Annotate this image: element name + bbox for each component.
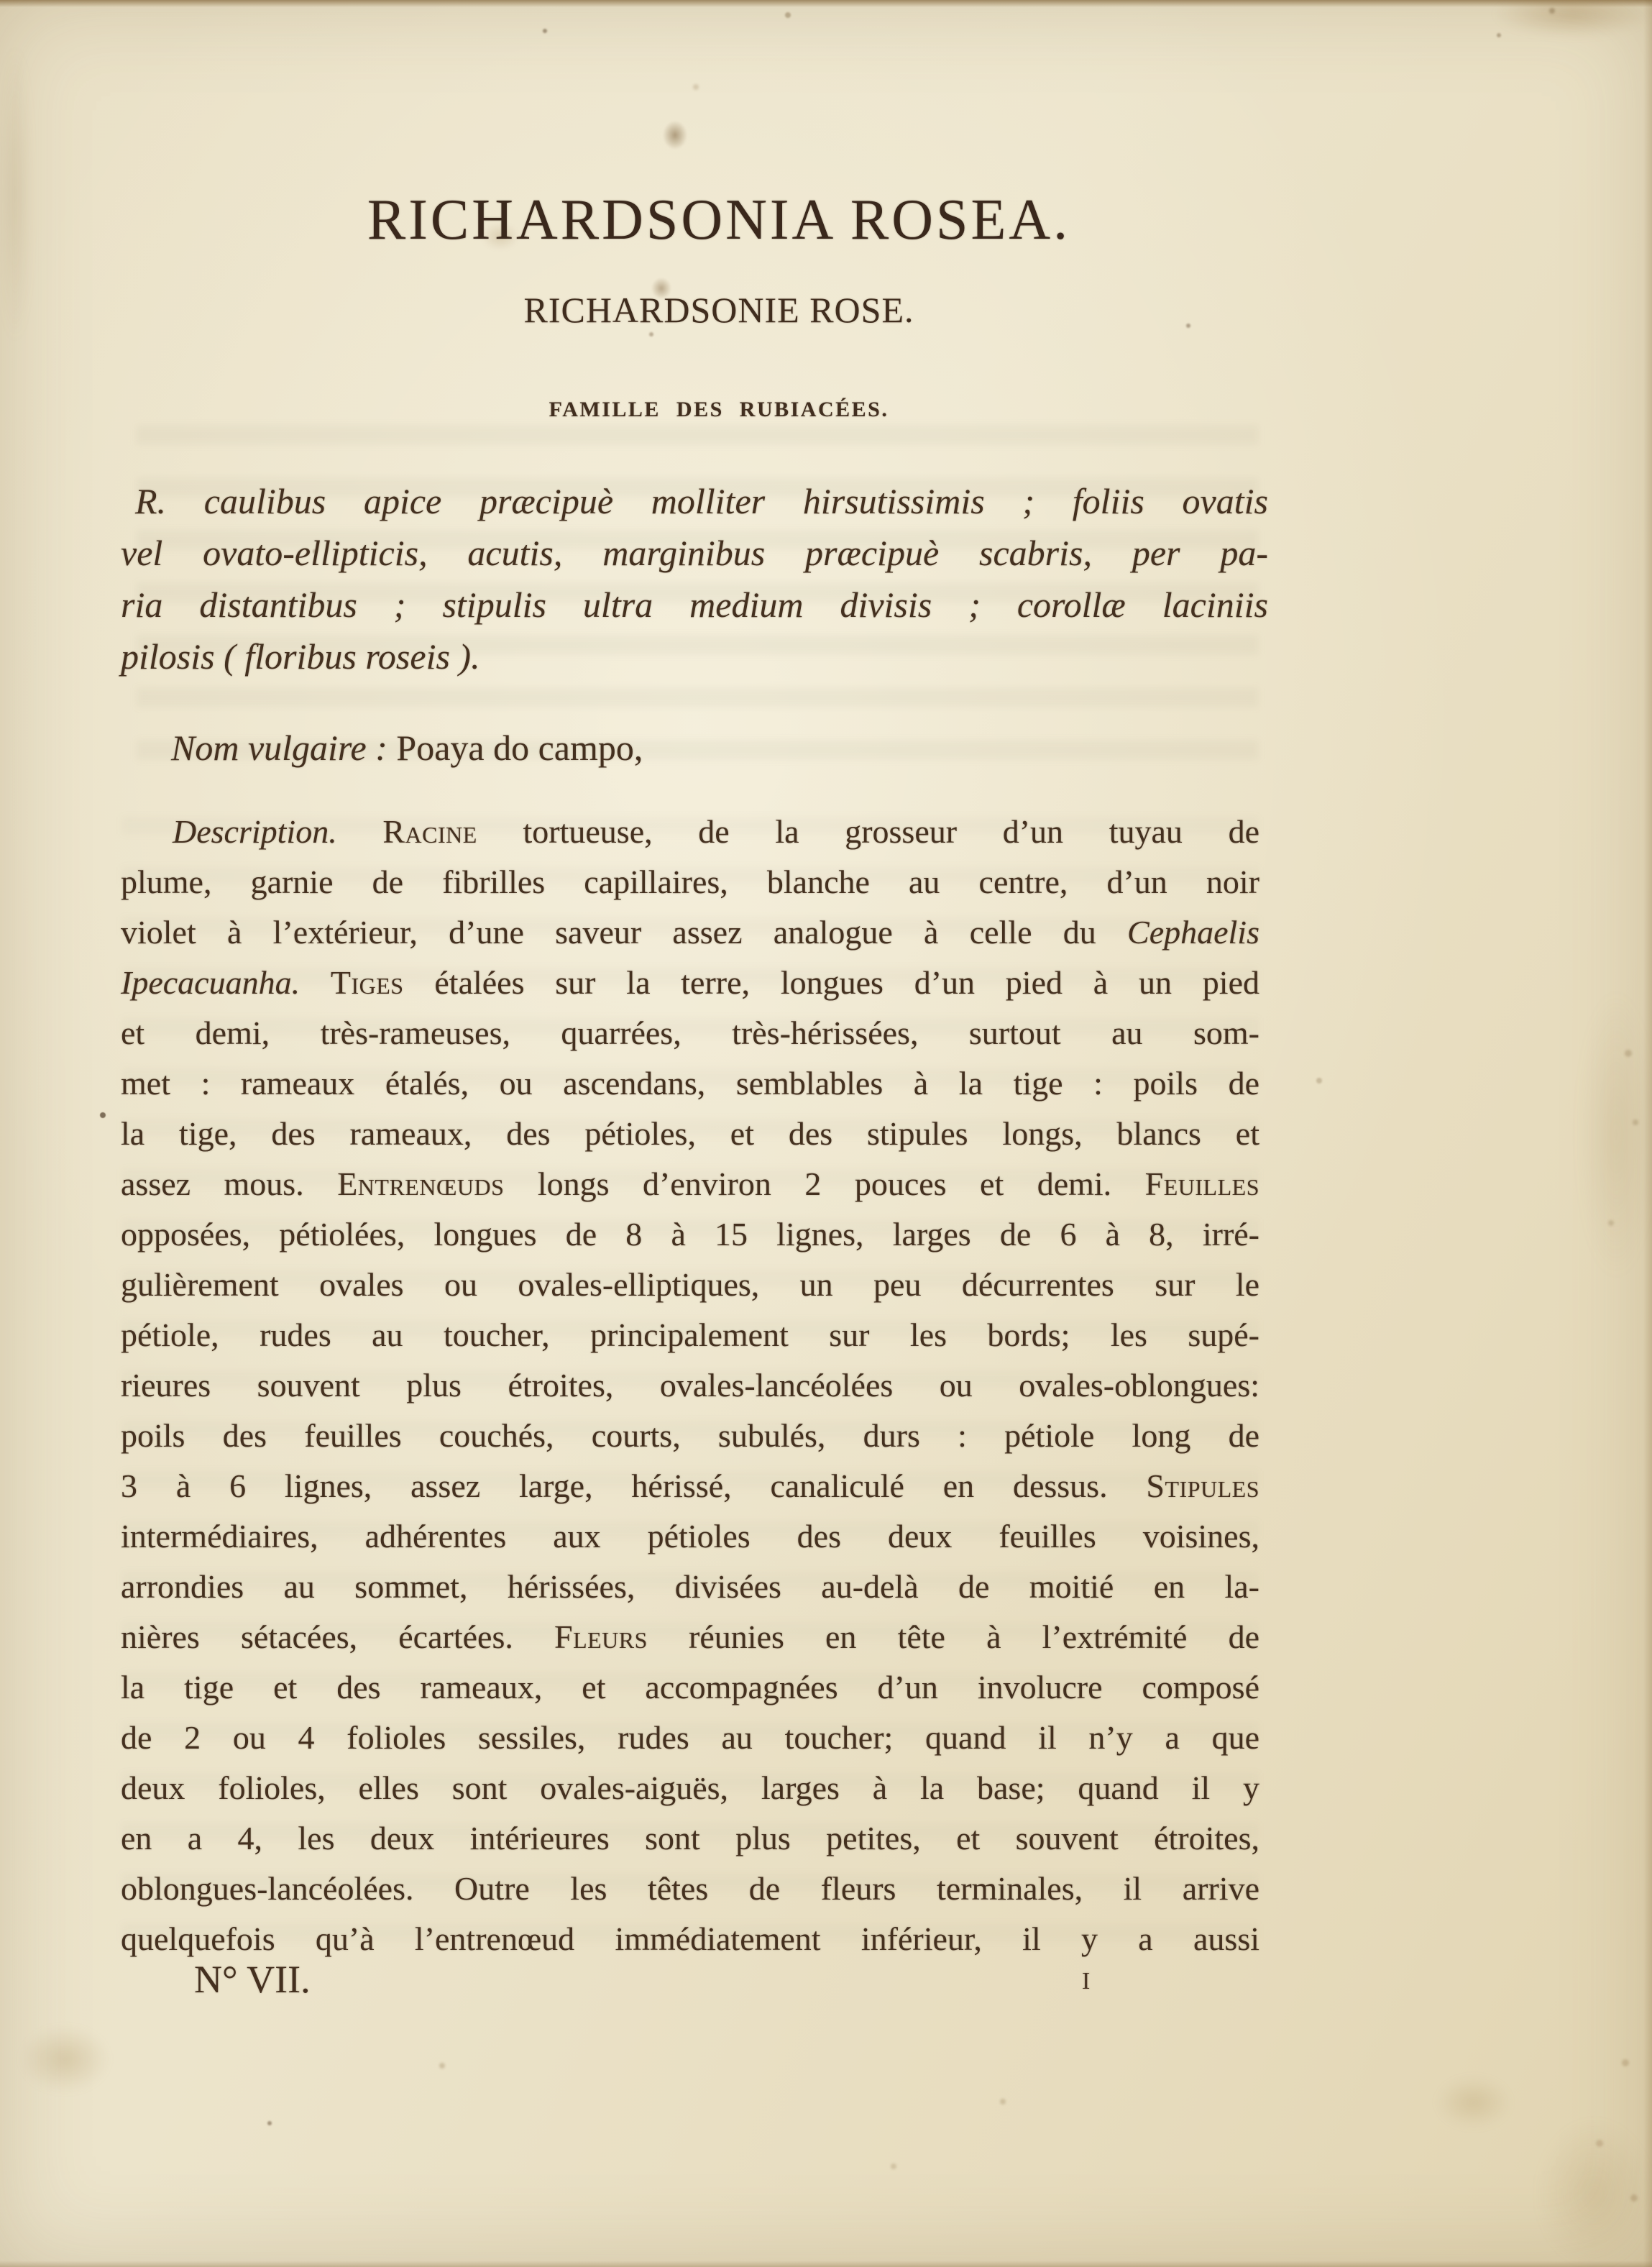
text-line: opposées, pétiolées, longues de 8 à 15 l… [121,1209,1259,1260]
text-line: Description. Racine tortueuse, de la gro… [121,807,1259,857]
text-line: poils des feuilles couchés, courts, subu… [121,1411,1259,1461]
paper-stain [1436,2076,1511,2128]
text-line: 3 à 6 lignes, assez large, hérissé, cana… [121,1461,1259,1511]
text-line: gulièrement ovales ou ovales-elliptiques… [121,1260,1259,1310]
text-line: deux folioles, elles sont ovales-aiguës,… [121,1763,1259,1813]
text-line: de 2 ou 4 folioles sessiles, rudes au to… [121,1713,1259,1763]
text-line: R. caulibus apice præcipuè molliter hirs… [121,475,1268,527]
description-text: Description. Racine tortueuse, de la gro… [121,807,1259,1964]
text-line: et demi, très-rameuses, quarrées, très-h… [121,1008,1259,1058]
text-line: arrondies au sommet, hérissées, divisées… [121,1562,1259,1612]
text-line: Ipecacuanha. Tiges étalées sur la terre,… [121,958,1259,1008]
text-line: pétiole, rudes au toucher, principalemen… [121,1310,1259,1360]
book-page: RICHARDSONIA ROSEA. RICHARDSONIE ROSE. F… [0,0,1652,2267]
paper-stain [1580,991,1652,1278]
text-line: assez mous. Entrenœuds longs d’environ 2… [121,1159,1259,1209]
page-number: I [1082,1968,1090,1995]
page-edge-left [0,43,30,345]
page-edge-right [1643,0,1652,2267]
signature-mark: N° VII. [194,1957,311,2002]
text-line: violet à l’extérieur, d’une saveur assez… [121,907,1259,958]
family-line: FAMILLE DES RUBIACÉES. [151,398,1287,422]
paper-stain [1537,2120,1652,2267]
text-line: nières sétacées, écartées. Fleurs réunie… [121,1612,1259,1662]
text-line: intermédiaires, adhérentes aux pétioles … [121,1511,1259,1562]
text-line: met : rameaux étalés, ou ascendans, semb… [121,1058,1259,1109]
text-line: en a 4, les deux intérieures sont plus p… [121,1813,1259,1864]
vernacular-name-line: Nom vulgaire : Poaya do campo, [121,725,1268,771]
text-line: la tige, des rameaux, des pétioles, et d… [121,1109,1259,1159]
text-line: rieures souvent plus étroites, ovales-la… [121,1360,1259,1411]
latin-diagnosis: R. caulibus apice præcipuè molliter hirs… [121,475,1268,682]
text-line: Nom vulgaire : Poaya do campo, [121,725,1268,771]
text-line: pilosis ( floribus roseis ). [121,631,1268,682]
text-line: plume, garnie de fibrilles capillaires, … [121,857,1259,907]
page-edge-bottom [0,2261,1652,2267]
page-edge-top [0,0,1652,7]
paper-stain [663,121,687,150]
species-title-french: RICHARDSONIE ROSE. [151,289,1287,331]
paper-stain [20,2026,109,2092]
text-line: la tige et des rameaux, et accompagnées … [121,1662,1259,1713]
text-line: oblongues-lancéolées. Outre les têtes de… [121,1864,1259,1914]
text-line: vel ovato-ellipticis, acutis, marginibus… [121,527,1268,579]
species-title-latin: RICHARDSONIA ROSEA. [151,188,1287,253]
text-line: ria distantibus ; stipulis ultra medium … [121,579,1268,631]
